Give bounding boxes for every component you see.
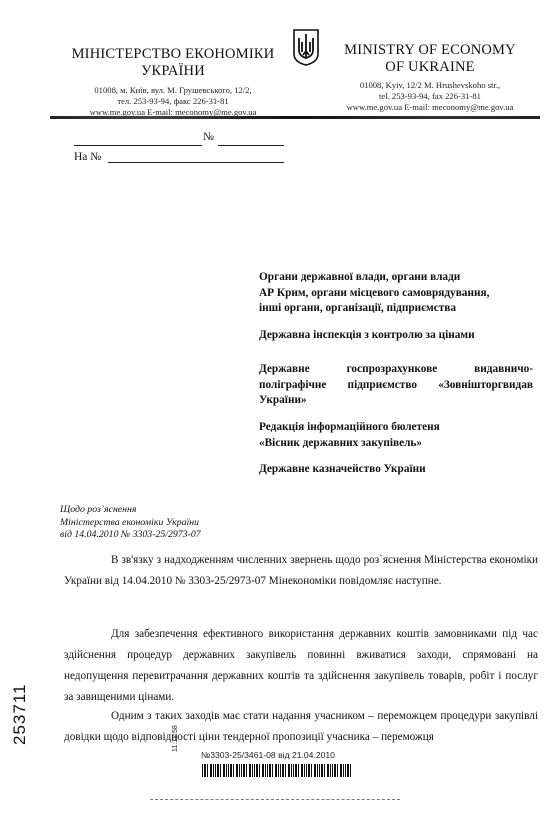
address-ua: 01008, м. Київ, вул. М. Грушевського, 12… [58,85,288,96]
barcode [202,764,352,777]
outgoing-number-line [218,145,284,146]
addressee-price-inspection: Державна інспекція з контролю за цінами [259,328,533,344]
trident-coat-of-arms-icon [292,28,320,66]
address-en: 01008, Kyiv, 12/2 M. Hrushevskoho str., [330,80,530,91]
outgoing-date-line [74,145,202,146]
body-paragraph-2: Для забезпечення ефективного використанн… [64,624,538,708]
subject-line1: Щодо роз`яснення [60,504,201,517]
reply-to-label: На № [74,151,101,163]
body-paragraph-1: В зв'язку з надходженням численних зверн… [64,550,538,592]
addressee-line: Органи державної влади, органи влади [259,270,533,286]
web-email-en: www.me.gov.ua E-mail: meconomy@me.gov.ua [330,102,530,113]
stamp-time: 11:12:58 [172,725,179,752]
addressee-government-bodies: Органи державної влади, органи влади АР … [259,270,533,317]
addressee-treasury: Державне казначейство України [259,462,533,478]
addressee-line: України» [259,393,533,409]
reply-to-line [108,162,284,163]
phone-ua: тел. 253-93-94, факс 226-31-81 [58,96,288,107]
subject-line2: Міністерства економіки України [60,517,201,530]
body-paragraph-3: Одним з таких заходів має стати надання … [64,706,538,748]
side-registration-number: 253711 [10,685,30,745]
addressee-zovnishtorgvydav: Державне госпрозрахункове видавничо- пол… [259,362,533,409]
header-divider [50,116,540,119]
ministry-title-en-line2: OF UKRAINE [330,59,530,76]
addressee-line: «Вісник державних закупівель» [259,436,533,452]
phone-en: tel. 253-93-94, fax 226-31-81 [330,91,530,102]
addressee-line: поліграфічне підприємство «Зовнішторгвид… [259,378,533,394]
addressee-line: Редакція інформаційного бюлетеня [259,420,533,436]
header-right: MINISTRY OF ECONOMY OF UKRAINE 01008, Ky… [330,42,530,113]
addressee-line: Державне госпрозрахункове видавничо- [259,362,533,378]
ministry-title-en-line1: MINISTRY OF ECONOMY [330,42,530,59]
page-cut-line [150,799,400,800]
header-left: МІНІСТЕРСТВО ЕКОНОМІКИ УКРАЇНИ 01008, м.… [58,46,288,118]
ministry-title-ua-line2: УКРАЇНИ [58,63,288,80]
addressee-bulletin-editorial: Редакція інформаційного бюлетеня «Вісник… [259,420,533,451]
subject-line3: від 14.04.2010 № 3303-25/2973-07 [60,529,201,542]
ministry-title-ua-line1: МІНІСТЕРСТВО ЕКОНОМІКИ [58,46,288,63]
stamp-registration-number: №3303-25/3461-08 від 21.04.2010 [201,750,335,760]
subject-block: Щодо роз`яснення Міністерства економіки … [60,504,201,542]
addressee-line: АР Крим, органи місцевого самоврядування… [259,286,533,302]
addressee-line: інші органи, організації, підприємства [259,301,533,317]
outgoing-number-label: № [203,131,214,143]
